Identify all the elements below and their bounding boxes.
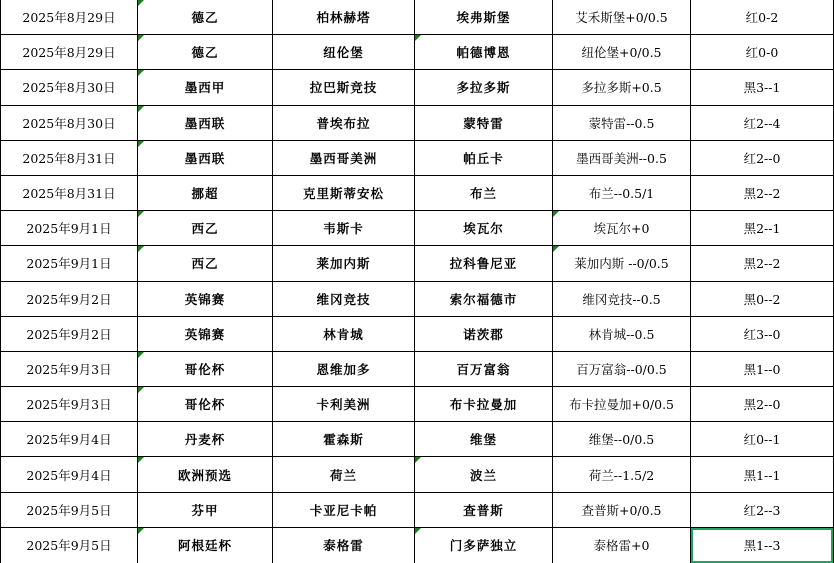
league-text: 欧洲预选 — [178, 468, 232, 483]
home-text: 墨西哥美洲 — [310, 151, 378, 166]
date-cell[interactable]: 2025年8月29日 — [1, 0, 138, 35]
away-text: 维堡 — [470, 432, 497, 447]
date-text: 2025年8月29日 — [22, 10, 115, 25]
error-indicator-icon — [138, 70, 144, 76]
handicap-text: 荷兰--1.5/2 — [589, 468, 655, 483]
league-text: 挪超 — [191, 186, 218, 201]
away-team-cell[interactable]: 多拉多斯 — [415, 70, 553, 105]
away-team-cell[interactable]: 布卡拉曼加 — [415, 387, 553, 422]
league-text: 墨西联 — [185, 116, 226, 131]
table-row: 2025年8月30日墨西甲拉巴斯竞技多拉多斯多拉多斯+0.5黑3--1 — [1, 70, 834, 105]
error-indicator-icon — [138, 35, 144, 41]
home-team-cell[interactable]: 卡亚尼卡帕 — [273, 492, 415, 527]
home-text: 柏林赫塔 — [316, 10, 370, 25]
date-cell[interactable]: 2025年9月4日 — [1, 422, 138, 457]
table-row: 2025年8月31日挪超克里斯蒂安松布兰布兰--0.5/1黑2--2 — [1, 175, 834, 210]
league-text: 德乙 — [191, 10, 218, 25]
date-text: 2025年8月30日 — [22, 116, 115, 131]
handicap-text: 纽伦堡+0/0.5 — [581, 45, 661, 60]
league-text: 墨西联 — [185, 151, 226, 166]
result-cell[interactable]: 红3--0 — [691, 316, 834, 351]
table-row: 2025年9月4日丹麦杯霍森斯维堡维堡--0/0.5红0--1 — [1, 422, 834, 457]
result-cell[interactable]: 黑2--1 — [691, 211, 834, 246]
table-row: 2025年9月3日哥伦杯卡利美洲布卡拉曼加布卡拉曼加+0/0.5黑2--0 — [1, 387, 834, 422]
away-text: 百万富翁 — [456, 362, 510, 377]
date-cell[interactable]: 2025年9月3日 — [1, 387, 138, 422]
date-cell[interactable]: 2025年9月2日 — [1, 281, 138, 316]
handicap-text: 林肯城--0.5 — [589, 327, 655, 342]
home-text: 卡亚尼卡帕 — [310, 503, 378, 518]
result-text: 黑1--3 — [744, 538, 781, 553]
away-text: 帕德博恩 — [456, 45, 510, 60]
home-text: 荷兰 — [330, 468, 357, 483]
home-text: 卡利美洲 — [316, 397, 370, 412]
away-text: 帕丘卡 — [463, 151, 504, 166]
league-cell[interactable]: 丹麦杯 — [138, 422, 273, 457]
home-team-cell[interactable]: 墨西哥美洲 — [273, 140, 415, 175]
away-text: 埃瓦尔 — [463, 221, 504, 236]
result-cell[interactable]: 红2--0 — [691, 140, 834, 175]
handicap-text: 莱加内斯 --0/0.5 — [574, 256, 668, 271]
result-cell[interactable]: 红2--3 — [691, 492, 834, 527]
away-text: 蒙特雷 — [463, 116, 504, 131]
table-row: 2025年9月2日英锦赛维冈竞技索尔福德市维冈竞技--0.5黑0--2 — [1, 281, 834, 316]
home-text: 恩维加多 — [316, 362, 370, 377]
league-cell[interactable]: 哥伦杯 — [138, 351, 273, 386]
handicap-text: 墨西哥美洲--0.5 — [576, 151, 667, 166]
league-text: 阿根廷杯 — [178, 538, 232, 553]
handicap-cell[interactable]: 艾禾斯堡+0/0.5 — [553, 0, 691, 35]
handicap-text: 维冈竞技--0.5 — [582, 292, 660, 307]
handicap-cell[interactable]: 埃瓦尔+0 — [553, 211, 691, 246]
handicap-text: 百万富翁--0/0.5 — [576, 362, 667, 377]
league-cell[interactable]: 西乙 — [138, 211, 273, 246]
result-text: 红3--0 — [744, 327, 781, 342]
date-text: 2025年9月3日 — [26, 362, 111, 377]
away-text: 多拉多斯 — [456, 80, 510, 95]
result-text: 红2--3 — [744, 503, 781, 518]
league-text: 西乙 — [191, 221, 218, 236]
error-indicator-icon — [138, 457, 144, 463]
league-cell[interactable]: 英锦赛 — [138, 316, 273, 351]
result-cell[interactable]: 红0--1 — [691, 422, 834, 457]
home-text: 拉巴斯竞技 — [310, 80, 378, 95]
error-indicator-icon — [138, 141, 144, 147]
away-text: 门多萨独立 — [450, 538, 518, 553]
home-text: 克里斯蒂安松 — [303, 186, 384, 201]
handicap-cell[interactable]: 墨西哥美洲--0.5 — [553, 140, 691, 175]
handicap-cell[interactable]: 布兰--0.5/1 — [553, 175, 691, 210]
date-text: 2025年9月4日 — [26, 432, 111, 447]
away-team-cell[interactable]: 诺茨郡 — [415, 316, 553, 351]
date-cell[interactable]: 2025年9月4日 — [1, 457, 138, 492]
table-row: 2025年9月1日西乙莱加内斯拉科鲁尼亚莱加内斯 --0/0.5黑2--2 — [1, 246, 834, 281]
result-cell[interactable]: 黑1--1 — [691, 457, 834, 492]
home-team-cell[interactable]: 普埃布拉 — [273, 105, 415, 140]
result-cell[interactable]: 黑1--0 — [691, 351, 834, 386]
date-cell[interactable]: 2025年9月1日 — [1, 211, 138, 246]
league-text: 墨西甲 — [185, 80, 226, 95]
table-row: 2025年8月30日墨西联普埃布拉蒙特雷蒙特雷--0.5红2--4 — [1, 105, 834, 140]
away-team-cell[interactable]: 蒙特雷 — [415, 105, 553, 140]
handicap-cell[interactable]: 蒙特雷--0.5 — [553, 105, 691, 140]
league-cell[interactable]: 墨西联 — [138, 105, 273, 140]
league-text: 西乙 — [191, 256, 218, 271]
result-cell[interactable]: 黑2--2 — [691, 175, 834, 210]
home-team-cell[interactable]: 克里斯蒂安松 — [273, 175, 415, 210]
error-indicator-icon — [138, 106, 144, 112]
result-text: 红0-0 — [746, 45, 779, 60]
handicap-text: 艾禾斯堡+0/0.5 — [575, 10, 668, 25]
date-text: 2025年9月2日 — [26, 327, 111, 342]
date-text: 2025年8月29日 — [22, 45, 115, 60]
home-team-cell[interactable]: 纽伦堡 — [273, 35, 415, 70]
match-results-table: 2025年8月29日德乙柏林赫塔埃弗斯堡艾禾斯堡+0/0.5红0-22025年8… — [0, 0, 834, 563]
home-text: 纽伦堡 — [323, 45, 364, 60]
result-cell[interactable]: 黑1--3 — [691, 527, 834, 562]
home-team-cell[interactable]: 拉巴斯竞技 — [273, 70, 415, 105]
handicap-cell[interactable]: 泰格雷+0 — [553, 527, 691, 562]
error-indicator-icon — [138, 387, 144, 393]
home-text: 韦斯卡 — [323, 221, 364, 236]
table-row: 2025年9月1日西乙韦斯卡埃瓦尔埃瓦尔+0黑2--1 — [1, 211, 834, 246]
result-cell[interactable]: 红0-0 — [691, 35, 834, 70]
date-cell[interactable]: 2025年9月5日 — [1, 527, 138, 562]
league-cell[interactable]: 芬甲 — [138, 492, 273, 527]
handicap-text: 维堡--0/0.5 — [589, 432, 655, 447]
result-text: 黑2--0 — [744, 397, 781, 412]
handicap-cell[interactable]: 荷兰--1.5/2 — [553, 457, 691, 492]
away-text: 埃弗斯堡 — [456, 10, 510, 25]
league-cell[interactable]: 哥伦杯 — [138, 387, 273, 422]
result-text: 红0-2 — [746, 10, 779, 25]
home-team-cell[interactable]: 恩维加多 — [273, 351, 415, 386]
result-cell[interactable]: 黑3--1 — [691, 70, 834, 105]
handicap-text: 泰格雷+0 — [594, 538, 650, 553]
league-text: 哥伦杯 — [185, 362, 226, 377]
result-text: 红0--1 — [744, 432, 781, 447]
date-cell[interactable]: 2025年8月29日 — [1, 35, 138, 70]
away-text: 拉科鲁尼亚 — [450, 256, 518, 271]
date-cell[interactable]: 2025年9月3日 — [1, 351, 138, 386]
date-cell[interactable]: 2025年8月30日 — [1, 105, 138, 140]
handicap-text: 多拉多斯+0.5 — [581, 80, 661, 95]
date-text: 2025年9月1日 — [26, 221, 111, 236]
error-indicator-icon — [138, 352, 144, 358]
error-indicator-icon — [138, 211, 144, 217]
date-text: 2025年9月4日 — [26, 468, 111, 483]
error-indicator-icon — [415, 457, 421, 463]
league-text: 英锦赛 — [185, 292, 226, 307]
handicap-cell[interactable]: 纽伦堡+0/0.5 — [553, 35, 691, 70]
table-row: 2025年9月4日欧洲预选荷兰波兰荷兰--1.5/2黑1--1 — [1, 457, 834, 492]
result-cell[interactable]: 黑2--2 — [691, 246, 834, 281]
table-row: 2025年8月29日德乙柏林赫塔埃弗斯堡艾禾斯堡+0/0.5红0-2 — [1, 0, 834, 35]
away-team-cell[interactable]: 波兰 — [415, 457, 553, 492]
home-text: 普埃布拉 — [316, 116, 370, 131]
league-text: 丹麦杯 — [185, 432, 226, 447]
handicap-cell[interactable]: 维堡--0/0.5 — [553, 422, 691, 457]
result-text: 红2--4 — [744, 116, 781, 131]
home-text: 泰格雷 — [323, 538, 364, 553]
handicap-cell[interactable]: 多拉多斯+0.5 — [553, 70, 691, 105]
league-cell[interactable]: 英锦赛 — [138, 281, 273, 316]
away-text: 诺茨郡 — [463, 327, 504, 342]
home-text: 维冈竞技 — [316, 292, 370, 307]
result-cell[interactable]: 红2--4 — [691, 105, 834, 140]
home-team-cell[interactable]: 荷兰 — [273, 457, 415, 492]
league-text: 德乙 — [191, 45, 218, 60]
error-indicator-icon — [415, 35, 421, 41]
away-text: 波兰 — [470, 468, 497, 483]
home-team-cell[interactable]: 林肯城 — [273, 316, 415, 351]
handicap-cell[interactable]: 百万富翁--0/0.5 — [553, 351, 691, 386]
home-text: 莱加内斯 — [316, 256, 370, 271]
league-cell[interactable]: 墨西联 — [138, 140, 273, 175]
handicap-cell[interactable]: 莱加内斯 --0/0.5 — [553, 246, 691, 281]
handicap-text: 布兰--0.5/1 — [589, 186, 655, 201]
result-cell[interactable]: 红0-2 — [691, 0, 834, 35]
date-text: 2025年9月1日 — [26, 256, 111, 271]
result-cell[interactable]: 黑0--2 — [691, 281, 834, 316]
away-text: 查普斯 — [463, 503, 504, 518]
error-indicator-icon — [138, 0, 144, 6]
away-team-cell[interactable]: 维堡 — [415, 422, 553, 457]
date-text: 2025年8月30日 — [22, 80, 115, 95]
league-text: 芬甲 — [191, 503, 218, 518]
error-indicator-icon — [553, 211, 559, 217]
away-text: 索尔福德市 — [450, 292, 518, 307]
home-team-cell[interactable]: 柏林赫塔 — [273, 0, 415, 35]
date-text: 2025年9月5日 — [26, 503, 111, 518]
result-text: 黑0--2 — [744, 292, 781, 307]
home-text: 林肯城 — [323, 327, 364, 342]
result-text: 黑2--2 — [744, 186, 781, 201]
away-team-cell[interactable]: 埃瓦尔 — [415, 211, 553, 246]
error-indicator-icon — [138, 246, 144, 252]
result-text: 黑1--1 — [744, 468, 781, 483]
league-text: 英锦赛 — [185, 327, 226, 342]
league-cell[interactable]: 西乙 — [138, 246, 273, 281]
handicap-text: 埃瓦尔+0 — [594, 221, 650, 236]
home-team-cell[interactable]: 卡利美洲 — [273, 387, 415, 422]
date-cell[interactable]: 2025年8月31日 — [1, 140, 138, 175]
home-text: 霍森斯 — [323, 432, 364, 447]
home-team-cell[interactable]: 霍森斯 — [273, 422, 415, 457]
league-cell[interactable]: 挪超 — [138, 175, 273, 210]
handicap-cell[interactable]: 查普斯+0/0.5 — [553, 492, 691, 527]
home-team-cell[interactable]: 泰格雷 — [273, 527, 415, 562]
handicap-text: 查普斯+0/0.5 — [581, 503, 661, 518]
away-team-cell[interactable]: 拉科鲁尼亚 — [415, 246, 553, 281]
home-team-cell[interactable]: 维冈竞技 — [273, 281, 415, 316]
error-indicator-icon — [138, 528, 144, 534]
date-text: 2025年8月31日 — [22, 151, 115, 166]
result-text: 黑2--1 — [744, 221, 781, 236]
away-team-cell[interactable]: 帕德博恩 — [415, 35, 553, 70]
match-rows: 2025年8月29日德乙柏林赫塔埃弗斯堡艾禾斯堡+0/0.5红0-22025年8… — [1, 0, 834, 563]
result-text: 黑2--2 — [744, 256, 781, 271]
away-text: 布兰 — [470, 186, 497, 201]
table-row: 2025年9月2日英锦赛林肯城诺茨郡林肯城--0.5红3--0 — [1, 316, 834, 351]
league-cell[interactable]: 德乙 — [138, 35, 273, 70]
league-cell[interactable]: 德乙 — [138, 0, 273, 35]
error-indicator-icon — [553, 246, 559, 252]
away-team-cell[interactable]: 查普斯 — [415, 492, 553, 527]
league-cell[interactable]: 阿根廷杯 — [138, 527, 273, 562]
result-text: 红2--0 — [744, 151, 781, 166]
error-indicator-icon — [415, 528, 421, 534]
date-text: 2025年9月2日 — [26, 292, 111, 307]
date-cell[interactable]: 2025年8月31日 — [1, 175, 138, 210]
away-team-cell[interactable]: 百万富翁 — [415, 351, 553, 386]
date-cell[interactable]: 2025年9月1日 — [1, 246, 138, 281]
handicap-text: 布卡拉曼加+0/0.5 — [569, 397, 674, 412]
handicap-text: 蒙特雷--0.5 — [589, 116, 655, 131]
away-team-cell[interactable]: 布兰 — [415, 175, 553, 210]
result-cell[interactable]: 黑2--0 — [691, 387, 834, 422]
league-text: 哥伦杯 — [185, 397, 226, 412]
league-cell[interactable]: 墨西甲 — [138, 70, 273, 105]
date-text: 2025年8月31日 — [22, 186, 115, 201]
away-text: 布卡拉曼加 — [450, 397, 518, 412]
result-text: 黑3--1 — [744, 80, 781, 95]
table-row: 2025年8月29日德乙纽伦堡帕德博恩纽伦堡+0/0.5红0-0 — [1, 35, 834, 70]
table-row: 2025年9月5日阿根廷杯泰格雷门多萨独立泰格雷+0黑1--3 — [1, 527, 834, 562]
result-text: 黑1--0 — [744, 362, 781, 377]
table-row: 2025年9月3日哥伦杯恩维加多百万富翁百万富翁--0/0.5黑1--0 — [1, 351, 834, 386]
date-cell[interactable]: 2025年8月30日 — [1, 70, 138, 105]
home-team-cell[interactable]: 莱加内斯 — [273, 246, 415, 281]
away-team-cell[interactable]: 门多萨独立 — [415, 527, 553, 562]
handicap-cell[interactable]: 林肯城--0.5 — [553, 316, 691, 351]
handicap-cell[interactable]: 布卡拉曼加+0/0.5 — [553, 387, 691, 422]
away-team-cell[interactable]: 索尔福德市 — [415, 281, 553, 316]
date-text: 2025年9月3日 — [26, 397, 111, 412]
table-row: 2025年8月31日墨西联墨西哥美洲帕丘卡墨西哥美洲--0.5红2--0 — [1, 140, 834, 175]
table-row: 2025年9月5日芬甲卡亚尼卡帕查普斯查普斯+0/0.5红2--3 — [1, 492, 834, 527]
away-team-cell[interactable]: 埃弗斯堡 — [415, 0, 553, 35]
date-text: 2025年9月5日 — [26, 538, 111, 553]
date-cell[interactable]: 2025年9月5日 — [1, 492, 138, 527]
handicap-cell[interactable]: 维冈竞技--0.5 — [553, 281, 691, 316]
away-team-cell[interactable]: 帕丘卡 — [415, 140, 553, 175]
home-team-cell[interactable]: 韦斯卡 — [273, 211, 415, 246]
league-cell[interactable]: 欧洲预选 — [138, 457, 273, 492]
date-cell[interactable]: 2025年9月2日 — [1, 316, 138, 351]
